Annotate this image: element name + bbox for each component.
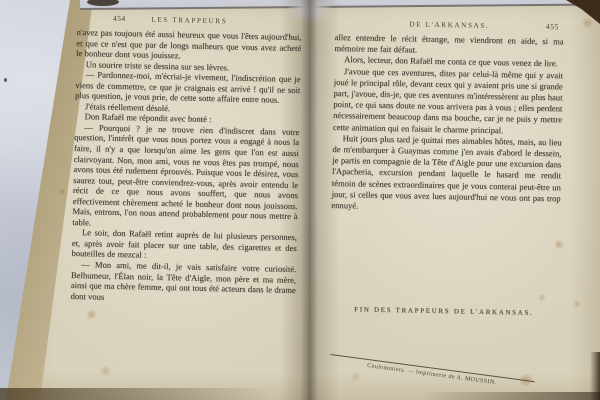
right-page-number: 455 xyxy=(546,22,559,31)
colophon-imprint: Coulommiers. — Imprimerie de A. MOUSSIN. xyxy=(329,354,534,391)
paragraph: — Pourquoi ? je ne trouve rien d'indiscr… xyxy=(72,122,299,233)
colophon-text: Coulommiers. — Imprimerie de A. MOUSSIN. xyxy=(329,357,534,390)
paragraph: Huit jours plus tard je quittai mes aima… xyxy=(331,133,561,216)
left-page: 454 LES TRAPPEURS n'avez pas toujours ét… xyxy=(69,13,302,384)
foxing-spot xyxy=(582,18,593,28)
right-running-header: DE L'ARKANSAS. xyxy=(335,19,564,31)
binding-corner-bottom-right xyxy=(590,352,600,400)
right-page: DE L'ARKANSAS. 455 allez entendre le réc… xyxy=(328,18,564,398)
paragraph: — Pardonnez-moi, m'écriai-je vivement, l… xyxy=(75,69,301,106)
paragraph: J'avoue que ces aventures, dites par cel… xyxy=(333,66,563,138)
fin-line: FIN DES TRAPPEURS DE L'ARKANSAS. xyxy=(329,306,558,317)
foxing-spot xyxy=(572,300,581,308)
bottom-edge-shadow-left xyxy=(0,388,270,400)
paragraph: n'avez pas toujours été aussi heureux qu… xyxy=(76,27,302,64)
paragraph: — Mon ami, me dit-il, je vais satisfaire… xyxy=(70,259,296,306)
paragraph: Le soir, don Rafaël retint auprès de lui… xyxy=(71,227,297,264)
colophon-rule xyxy=(330,354,534,382)
foxing-spot xyxy=(58,188,66,195)
cloth-speck xyxy=(4,78,7,82)
